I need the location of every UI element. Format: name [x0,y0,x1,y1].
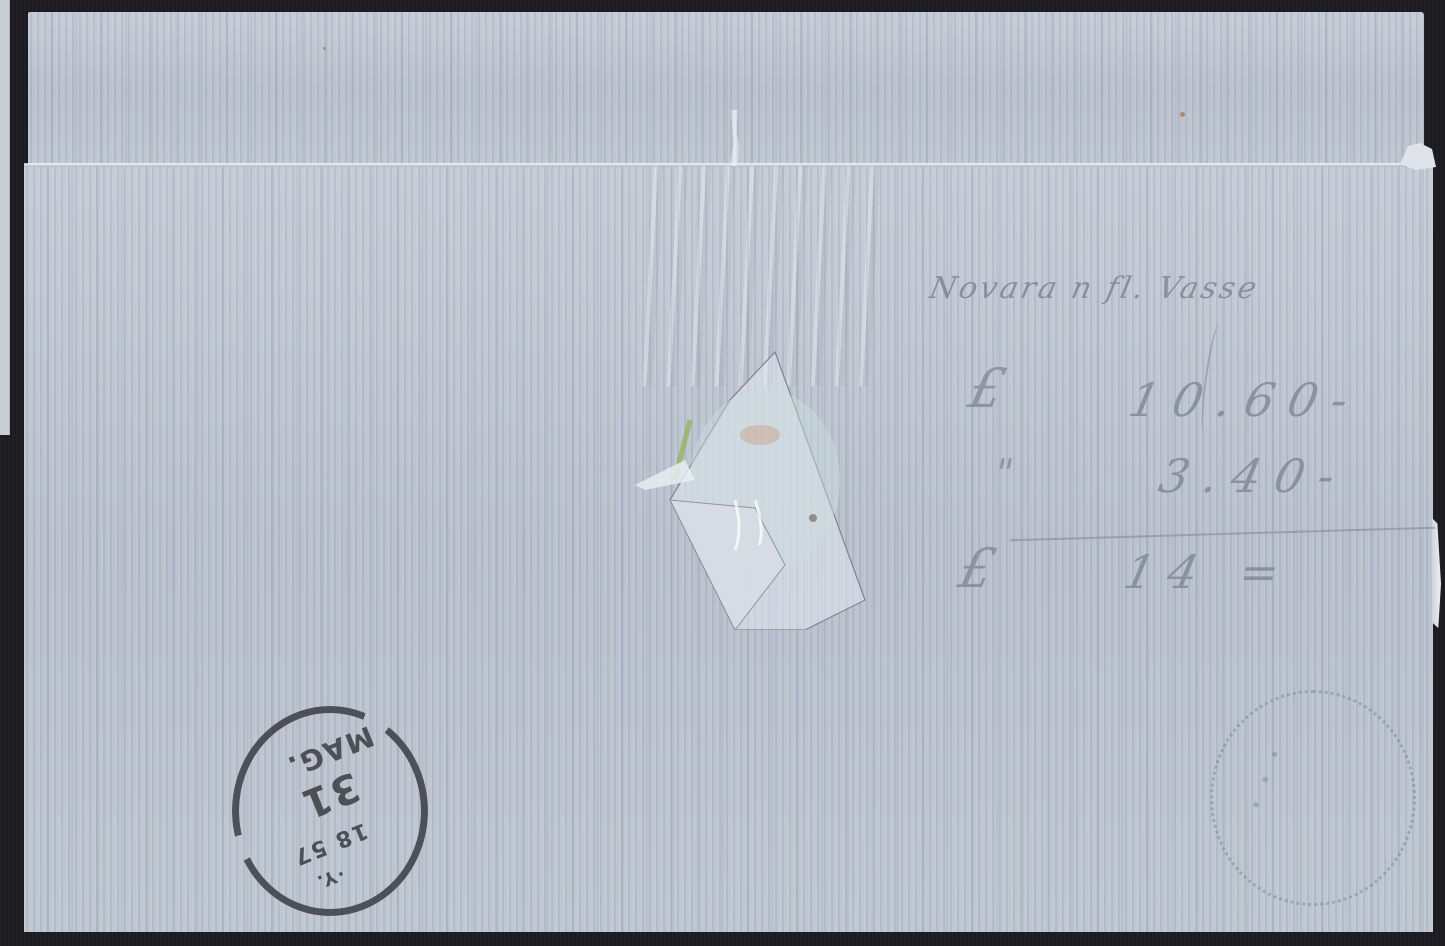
note-amount: 10.60- [1124,373,1367,427]
note-header: Novara n fl. Vasse [926,271,1262,306]
foxing-speck [1180,112,1185,117]
note-total: 14 = [1119,545,1298,599]
stamp-trace: · · · [1210,690,1416,906]
note-currency: " [990,451,1023,495]
pencil-notes: Novara n fl. Vasse £ 10.60- " 3.40- £ 14… [920,265,1440,625]
seal-icon [615,340,890,630]
foxing-speck [323,47,326,50]
left-edge-sheet [0,0,10,435]
postmark-datestamp: ·Y. 18 57 31 MAG. [232,706,428,916]
note-currency: £ [953,537,1007,600]
note-amount: 3.40- [1154,449,1353,503]
top-flap [28,12,1424,166]
letter-photo: Novara n fl. Vasse £ 10.60- " 3.40- £ 14… [0,0,1445,946]
note-currency: £ [963,357,1017,420]
note-sum-rule [1010,527,1435,542]
stamp-trace-text: · · · [1241,741,1292,815]
